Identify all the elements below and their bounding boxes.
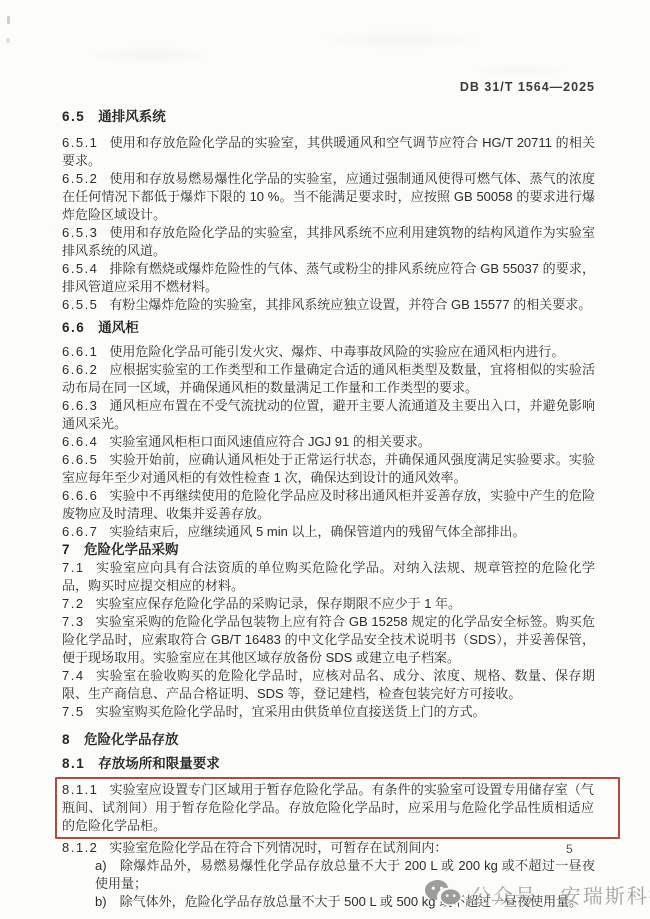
clause-6-6-2: 6.6.2应根据实验室的工作类型和工作量确定合适的通风柜类型及数量，宜将相似的实… <box>62 361 595 397</box>
clause-text: 实验室应设置专门区域用于暂存危险化学品。有条件的实验室可设置专用储存室（气瓶间、… <box>62 782 594 833</box>
clause-number: 7.2 <box>62 596 85 611</box>
scanned-document-page: DB 31/T 1564—2025 6.5通排风系统 6.5.1使用和存放危险化… <box>0 0 650 919</box>
clause-6-6-4: 6.6.4实验室通风柜柜口面风速值应符合 JGJ 91 的相关要求。 <box>62 433 595 451</box>
clause-7-3: 7.3实验室采购的危险化学品包装物上应有符合 GB 15258 规定的化学品安全… <box>62 613 595 667</box>
document-body: 6.5通排风系统 6.5.1使用和存放危险化学品的实验室，其供暖通风和空气调节应… <box>62 108 595 911</box>
clause-7-1: 7.1实验室应向具有合法资质的单位购买危险化学品。对纳入法规、规章管控的危险化学… <box>62 559 595 595</box>
section-number: 6.6 <box>62 320 85 335</box>
section-title: 通排风系统 <box>98 109 166 124</box>
clause-6-6-3: 6.6.3通风柜应布置在不受气流扰动的位置，避开主要人流通道及主要出入口，并避免… <box>62 397 595 433</box>
clause-text: 通风柜应布置在不受气流扰动的位置，避开主要人流通道及主要出入口，并避免影响通风采… <box>62 398 595 431</box>
standard-number-header: DB 31/T 1564—2025 <box>460 80 595 94</box>
section-heading-8-1: 8.1存放场所和限量要求 <box>62 755 595 773</box>
chapter-number: 7 <box>62 542 71 557</box>
clause-6-5-5: 6.5.5有粉尘爆炸危险的实验室，其排风系统应独立设置，并符合 GB 15577… <box>62 296 595 314</box>
list-marker: a) <box>95 858 107 873</box>
clause-text: 有粉尘爆炸危险的实验室，其排风系统应独立设置，并符合 GB 15577 的相关要… <box>109 297 591 312</box>
clause-text: 实验室通风柜柜口面风速值应符合 JGJ 91 的相关要求。 <box>109 434 430 449</box>
section-title: 通风柜 <box>98 320 139 335</box>
clause-number: 6.5.2 <box>62 171 98 186</box>
clause-7-4: 7.4实验室在验收购买的危险化学品时，应核对品名、成分、浓度、规格、数量、保存期… <box>62 667 595 703</box>
clause-number: 6.6.5 <box>62 452 98 467</box>
clause-text: 实验室应保存危险化学品的采购记录，保存期限不应少于 1 年。 <box>96 596 461 611</box>
clause-text: 使用和存放危险化学品的实验室，其排风系统不应利用建筑物的结构风道作为实验室排风系… <box>62 225 595 258</box>
highlight-box: 8.1.1实验室应设置专门区域用于暂存危险化学品。有条件的实验室可设置专用储存室… <box>55 777 620 839</box>
chapter-number: 8 <box>62 732 71 747</box>
chapter-title: 危险化学品采购 <box>84 542 179 557</box>
clause-number: 6.6.7 <box>62 524 98 539</box>
clause-7-5: 7.5实验室购买危险化学品时，宜采用由供货单位直接送货上门的方式。 <box>62 703 595 721</box>
clause-8-1-1: 8.1.1实验室应设置专门区域用于暂存危险化学品。有条件的实验室可设置专用储存室… <box>62 781 594 835</box>
list-marker: b) <box>95 894 107 909</box>
chapter-heading-8: 8危险化学品存放 <box>62 731 595 749</box>
section-number: 8.1 <box>62 756 85 771</box>
clause-number: 7.1 <box>62 560 85 575</box>
clause-text: 应根据实验室的工作类型和工作量确定合适的通风柜类型及数量，宜将相似的实验活动布局… <box>62 362 595 395</box>
clause-text: 实验开始前，应确认通风柜处于正常运行状态，并确保通风强度满足实验要求。实验室应每… <box>62 452 595 485</box>
section-heading-6-6: 6.6通风柜 <box>62 319 595 337</box>
clause-6-6-7: 6.6.7实验结束后，应继续通风 5 min 以上，确保管道内的残留气体全部排出… <box>62 523 595 541</box>
clause-number: 8.1.2 <box>62 840 98 855</box>
scan-artifact <box>7 16 10 24</box>
clause-text: 实验室采购的危险化学品包装物上应有符合 GB 15258 规定的化学品安全标签。… <box>62 614 595 665</box>
watermark-text: 公众号 · 安瑞斯科技 <box>471 880 650 909</box>
clause-text: 排除有燃烧或爆炸危险性的气体、蒸气或粉尘的排风系统应符合 GB 55037 的要… <box>62 261 595 294</box>
clause-text: 实验室购买危险化学品时，宜采用由供货单位直接送货上门的方式。 <box>96 704 486 719</box>
wechat-icon <box>424 879 462 909</box>
clause-text: 实验室在验收购买的危险化学品时，应核对品名、成分、浓度、规格、数量、保存期限、生… <box>62 668 595 701</box>
clause-text: 实验结束后，应继续通风 5 min 以上，确保管道内的残留气体全部排出。 <box>109 524 525 539</box>
clause-number: 6.6.6 <box>62 488 98 503</box>
page-number: 5 <box>566 842 573 856</box>
clause-number: 6.6.3 <box>62 398 98 413</box>
clause-8-1-2: 8.1.2实验室危险化学品在符合下列情况时，可暂存在试剂间内： <box>62 839 595 857</box>
clause-number: 6.5.1 <box>62 135 98 150</box>
clause-number: 6.6.2 <box>62 362 98 377</box>
clause-6-6-1: 6.6.1使用危险化学品可能引发火灾、爆炸、中毒事故风险的实验应在通风柜内进行。 <box>62 343 595 361</box>
chapter-heading-7: 7危险化学品采购 <box>62 541 595 559</box>
clause-6-6-6: 6.6.6实验中不再继续使用的危险化学品应及时移出通风柜并妥善存放，实验中产生的… <box>62 487 595 523</box>
clause-number: 8.1.1 <box>62 782 98 797</box>
section-number: 6.5 <box>62 109 85 124</box>
watermark: 公众号 · 安瑞斯科技 <box>424 879 650 909</box>
clause-number: 6.6.4 <box>62 434 98 449</box>
clause-number: 6.5.3 <box>62 225 98 240</box>
clause-number: 6.5.5 <box>62 297 98 312</box>
clause-text: 实验室应向具有合法资质的单位购买危险化学品。对纳入法规、规章管控的危险化学品，购… <box>62 560 595 593</box>
section-title: 存放场所和限量要求 <box>98 756 220 771</box>
scan-artifact <box>6 38 10 43</box>
clause-number: 7.4 <box>62 668 85 683</box>
clause-number: 7.5 <box>62 704 85 719</box>
clause-text: 使用和存放易燃易爆性化学品的实验室，应通过强制通风使得可燃气体、蒸气的浓度在任何… <box>62 171 595 222</box>
clause-number: 6.5.4 <box>62 261 98 276</box>
clause-7-2: 7.2实验室应保存危险化学品的采购记录，保存期限不应少于 1 年。 <box>62 595 595 613</box>
clause-text: 使用和存放危险化学品的实验室，其供暖通风和空气调节应符合 HG/T 20711 … <box>62 135 595 168</box>
clause-6-5-2: 6.5.2使用和存放易燃易爆性化学品的实验室，应通过强制通风使得可燃气体、蒸气的… <box>62 170 595 224</box>
clause-text: 实验中不再继续使用的危险化学品应及时移出通风柜并妥善存放，实验中产生的危险废物应… <box>62 488 595 521</box>
section-heading-6-5: 6.5通排风系统 <box>62 108 595 126</box>
clause-6-5-3: 6.5.3使用和存放危险化学品的实验室，其排风系统不应利用建筑物的结构风道作为实… <box>62 224 595 260</box>
clause-text: 使用危险化学品可能引发火灾、爆炸、中毒事故风险的实验应在通风柜内进行。 <box>109 344 564 359</box>
clause-6-5-4: 6.5.4排除有燃烧或爆炸危险性的气体、蒸气或粉尘的排风系统应符合 GB 550… <box>62 260 595 296</box>
clause-text: 实验室危险化学品在符合下列情况时，可暂存在试剂间内： <box>109 840 447 855</box>
clause-6-6-5: 6.6.5实验开始前，应确认通风柜处于正常运行状态，并确保通风强度满足实验要求。… <box>62 451 595 487</box>
clause-number: 6.6.1 <box>62 344 98 359</box>
clause-number: 7.3 <box>62 614 85 629</box>
chapter-title: 危险化学品存放 <box>84 732 179 747</box>
clause-6-5-1: 6.5.1使用和存放危险化学品的实验室，其供暖通风和空气调节应符合 HG/T 2… <box>62 134 595 170</box>
